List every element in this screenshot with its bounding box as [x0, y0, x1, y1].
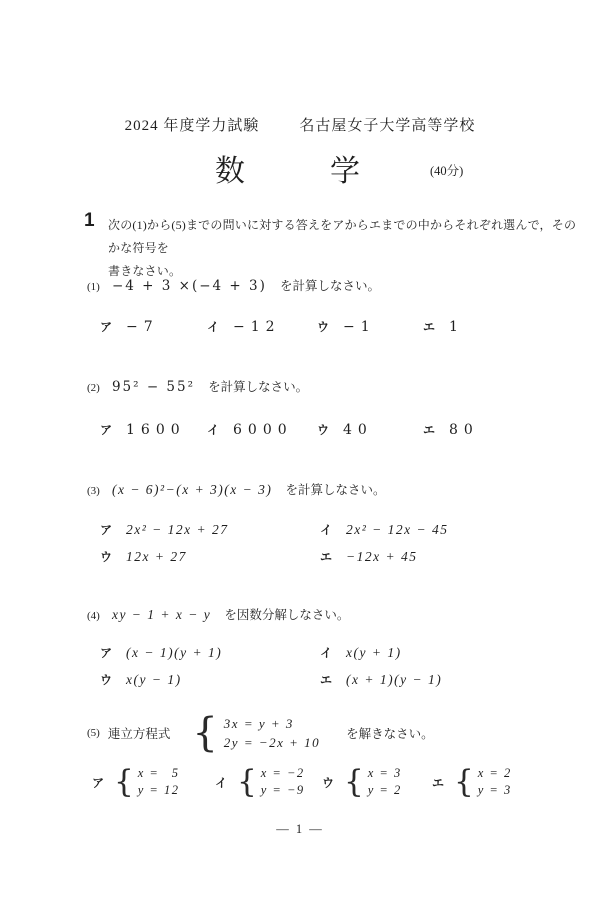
- option-i: イ { x = −2 y = −9: [215, 765, 322, 799]
- option-line-1: x = 2: [478, 765, 512, 782]
- option-key: イ: [320, 646, 332, 660]
- option-u: ウ12x + 27: [100, 548, 320, 566]
- option-key: イ: [207, 320, 219, 334]
- question-5-directive: を解きなさい。: [346, 724, 434, 742]
- option-key: イ: [207, 423, 219, 437]
- option-a: ア−7: [100, 318, 207, 336]
- option-e: エ80: [423, 421, 479, 439]
- subject-title: 数 学 (40分): [0, 146, 600, 186]
- option-value: 6000: [233, 422, 293, 438]
- system-brace: {: [192, 712, 217, 754]
- option-a: ア2x² − 12x + 27: [100, 521, 320, 539]
- system-line-2: 2y = −2x + 10: [224, 733, 320, 752]
- option-value: 80: [449, 422, 479, 438]
- question-4-label: (4): [87, 610, 100, 622]
- question-1-options: ア−7 イ−12 ウ−1 エ1: [100, 318, 567, 336]
- option-key: ウ: [100, 673, 112, 687]
- question-5-label: (5): [87, 727, 100, 739]
- exam-session-label: 2024 年度学力試験: [125, 114, 260, 135]
- question-3-label: (3): [87, 485, 100, 497]
- option-line-2: y = 12: [138, 782, 180, 799]
- option-key: エ: [423, 320, 435, 334]
- question-3-directive: を計算しなさい。: [286, 483, 386, 497]
- question-2-options: ア1600 イ6000 ウ40 エ80: [100, 421, 567, 439]
- option-key: イ: [320, 523, 332, 537]
- option-key: ウ: [322, 774, 334, 791]
- option-brace: {: [454, 765, 474, 799]
- option-line-1: x = −2: [261, 765, 305, 782]
- option-a: ア { x = 5 y = 12: [92, 765, 215, 799]
- question-3-expression: (x − 6)²−(x + 3)(x − 3): [112, 482, 272, 497]
- option-value: x = −2 y = −9: [261, 765, 305, 799]
- exam-page: 2024 年度学力試験 名古屋女子大学高等学校 数 学 (40分) 1 次の(1…: [0, 0, 600, 900]
- question-4-options: ア(x − 1)(y + 1) イx(y + 1) ウx(y − 1) エ(x …: [100, 644, 567, 689]
- question-4: (4) xy − 1 + x − y を因数分解しなさい。 ア(x − 1)(y…: [87, 606, 567, 689]
- option-brace: {: [237, 765, 257, 799]
- question-4-expression: xy − 1 + x − y: [112, 607, 211, 622]
- option-value: −1: [343, 319, 376, 335]
- option-line-2: y = −9: [261, 782, 305, 799]
- option-value: 1: [449, 319, 464, 335]
- question-1-prompt: (1) −4 + 3 ×(−4 + 3) を計算しなさい。: [87, 277, 567, 296]
- question-1: (1) −4 + 3 ×(−4 + 3) を計算しなさい。 ア−7 イ−12 ウ…: [87, 277, 567, 336]
- option-u: ウ { x = 3 y = 2: [322, 765, 432, 799]
- question-2: (2) 95² − 55² を計算しなさい。 ア1600 イ6000 ウ40 エ…: [87, 378, 567, 439]
- option-e: エ(x + 1)(y − 1): [320, 671, 567, 689]
- question-2-directive: を計算しなさい。: [208, 380, 308, 394]
- option-key: エ: [320, 673, 332, 687]
- option-e: エ { x = 2 y = 3: [432, 765, 512, 799]
- option-value: −7: [126, 319, 159, 335]
- question-3: (3) (x − 6)²−(x + 3)(x − 3) を計算しなさい。 ア2x…: [87, 481, 567, 566]
- option-e: エ−12x + 45: [320, 548, 567, 566]
- option-a: ア1600: [100, 421, 207, 439]
- problem-number: 1: [84, 210, 95, 232]
- question-5-prompt: (5) 連立方程式 { 3x = y + 3 2y = −2x + 10 を解き…: [87, 712, 567, 754]
- option-u: ウ−1: [317, 318, 423, 336]
- subject-title-char-right: 学: [330, 146, 360, 190]
- option-key: エ: [432, 774, 444, 791]
- question-1-label: (1): [87, 281, 100, 293]
- option-i: イx(y + 1): [320, 644, 567, 662]
- subject-title-char-left: 数: [215, 146, 245, 190]
- option-a: ア(x − 1)(y + 1): [100, 644, 320, 662]
- option-value: x(y + 1): [346, 645, 402, 660]
- option-brace: {: [114, 765, 134, 799]
- option-value: 1600: [126, 422, 186, 438]
- option-value: 12x + 27: [126, 549, 187, 564]
- question-2-label: (2): [87, 382, 100, 394]
- question-1-expression: −4 + 3 ×(−4 + 3): [112, 278, 267, 294]
- option-key: イ: [215, 774, 227, 791]
- question-5-options: ア { x = 5 y = 12 イ { x = −2 y = −9 ウ {: [92, 765, 567, 799]
- instructions-line-1: 次の(1)から(5)までの問いに対する答えをアからエまでの中からそれぞれ選んで，…: [108, 214, 578, 260]
- exam-duration: (40分): [430, 161, 463, 179]
- option-value: x = 3 y = 2: [368, 765, 402, 799]
- option-value: −12: [233, 319, 281, 335]
- option-i: イ−12: [207, 318, 317, 336]
- exam-header: 2024 年度学力試験 名古屋女子大学高等学校: [0, 114, 600, 135]
- question-2-prompt: (2) 95² − 55² を計算しなさい。: [87, 378, 567, 397]
- option-value: 40: [343, 422, 373, 438]
- school-name-label: 名古屋女子大学高等学校: [299, 114, 475, 135]
- option-u: ウx(y − 1): [100, 671, 320, 689]
- system-line-1: 3x = y + 3: [224, 714, 320, 733]
- option-key: ア: [92, 774, 104, 791]
- option-key: ウ: [317, 423, 329, 437]
- option-u: ウ40: [317, 421, 423, 439]
- option-value: x(y − 1): [126, 672, 182, 687]
- option-key: ア: [100, 646, 112, 660]
- option-line-2: y = 3: [478, 782, 512, 799]
- question-4-prompt: (4) xy − 1 + x − y を因数分解しなさい。: [87, 606, 567, 625]
- question-5: (5) 連立方程式 { 3x = y + 3 2y = −2x + 10 を解き…: [87, 712, 567, 799]
- option-line-1: x = 3: [368, 765, 402, 782]
- option-value: x = 2 y = 3: [478, 765, 512, 799]
- question-3-prompt: (3) (x − 6)²−(x + 3)(x − 3) を計算しなさい。: [87, 481, 567, 500]
- question-3-options: ア2x² − 12x + 27 イ2x² − 12x − 45 ウ12x + 2…: [100, 521, 567, 566]
- instructions: 次の(1)から(5)までの問いに対する答えをアからエまでの中からそれぞれ選んで，…: [108, 214, 578, 283]
- question-5-intro: 連立方程式: [108, 724, 171, 742]
- option-value: (x + 1)(y − 1): [346, 672, 442, 687]
- option-line-2: y = 2: [368, 782, 402, 799]
- question-1-directive: を計算しなさい。: [280, 279, 380, 293]
- option-i: イ2x² − 12x − 45: [320, 521, 567, 539]
- option-key: ア: [100, 523, 112, 537]
- option-key: ウ: [100, 550, 112, 564]
- option-line-1: x = 5: [138, 765, 180, 782]
- question-4-directive: を因数分解しなさい。: [224, 608, 349, 622]
- option-brace: {: [344, 765, 364, 799]
- option-i: イ6000: [207, 421, 317, 439]
- option-value: (x − 1)(y + 1): [126, 645, 222, 660]
- option-key: ア: [100, 423, 112, 437]
- option-value: 2x² − 12x − 45: [346, 522, 449, 537]
- option-key: エ: [423, 423, 435, 437]
- option-key: ア: [100, 320, 112, 334]
- option-e: エ1: [423, 318, 464, 336]
- option-value: 2x² − 12x + 27: [126, 522, 229, 537]
- option-key: エ: [320, 550, 332, 564]
- question-2-expression: 95² − 55²: [112, 379, 195, 395]
- option-value: −12x + 45: [346, 549, 417, 564]
- option-key: ウ: [317, 320, 329, 334]
- option-value: x = 5 y = 12: [138, 765, 180, 799]
- equation-system: 3x = y + 3 2y = −2x + 10: [224, 714, 320, 752]
- page-number: — 1 —: [0, 822, 600, 837]
